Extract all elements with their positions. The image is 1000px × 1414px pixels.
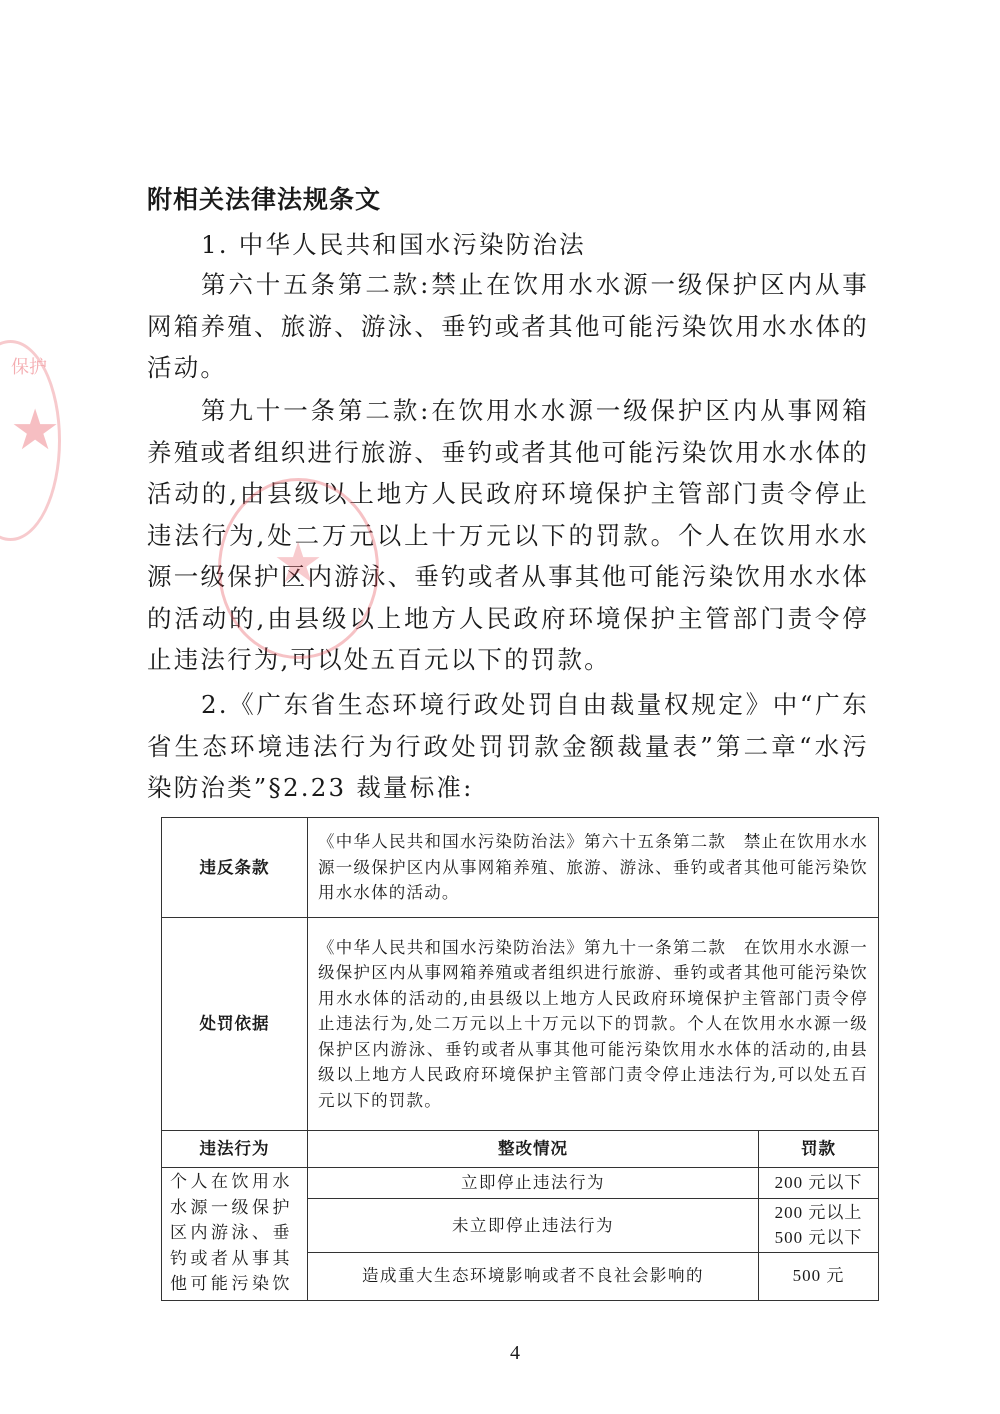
article-65-paragraph: 第六十五条第二款:禁止在饮用水水源一级保护区内从事网箱养殖、旅游、游泳、垂钓或者… bbox=[147, 264, 869, 389]
discretion-standard-table: 违反条款 《中华人民共和国水污染防治法》第六十五条第二款 禁止在饮用水水源一级保… bbox=[161, 817, 879, 1301]
header-act: 违法行为 bbox=[162, 1131, 308, 1168]
guangdong-regulation-paragraph: 2.《广东省生态环境行政处罚自由裁量权规定》中“广东省生态环境违法行为行政处罚罚… bbox=[147, 684, 869, 809]
penalty-basis-label: 处罚依据 bbox=[162, 918, 308, 1131]
table-row-violation-clause: 违反条款 《中华人民共和国水污染防治法》第六十五条第二款 禁止在饮用水水源一级保… bbox=[162, 818, 879, 918]
article-91-paragraph: 第九十一条第二款:在饮用水水源一级保护区内从事网箱养殖或者组织进行旅游、垂钓或者… bbox=[147, 390, 869, 681]
table-row-penalty-basis: 处罚依据 《中华人民共和国水污染防治法》第九十一条第二款 在饮用水水源一级保护区… bbox=[162, 918, 879, 1131]
star-icon: ★ bbox=[10, 398, 60, 463]
fine-line-1: 200 元以上 bbox=[759, 1200, 878, 1226]
fine-cell: 200 元以上 500 元以下 bbox=[759, 1199, 879, 1253]
law-title-1: 1. 中华人民共和国水污染防治法 bbox=[147, 224, 869, 266]
page-heading: 附相关法律法规条文 bbox=[147, 180, 381, 216]
violation-clause-label: 违反条款 bbox=[162, 818, 308, 918]
penalty-basis-text: 《中华人民共和国水污染防治法》第九十一条第二款 在饮用水水源一级保护区内从事网箱… bbox=[308, 918, 879, 1131]
table-header-row: 违法行为 整改情况 罚款 bbox=[162, 1131, 879, 1168]
rectification-cell: 未立即停止违法行为 bbox=[308, 1199, 759, 1253]
document-page: 保护 ★ 附相关法律法规条文 1. 中华人民共和国水污染防治法 第六十五条第二款… bbox=[0, 0, 1000, 1414]
seal-text: 保护 bbox=[11, 353, 47, 379]
act-description: 个人在饮用水水源一级保护区内游泳、垂钓或者从事其他可能污染饮 bbox=[162, 1168, 308, 1301]
fine-line-2: 500 元以下 bbox=[759, 1225, 878, 1251]
rectification-cell: 立即停止违法行为 bbox=[308, 1168, 759, 1199]
rectification-cell: 造成重大生态环境影响或者不良社会影响的 bbox=[308, 1252, 759, 1300]
header-fine: 罚款 bbox=[759, 1131, 879, 1168]
page-number: 4 bbox=[510, 1342, 520, 1365]
fine-cell: 500 元 bbox=[759, 1252, 879, 1300]
fine-cell: 200 元以下 bbox=[759, 1168, 879, 1199]
header-rectification: 整改情况 bbox=[308, 1131, 759, 1168]
table-row: 个人在饮用水水源一级保护区内游泳、垂钓或者从事其他可能污染饮 立即停止违法行为 … bbox=[162, 1168, 879, 1199]
red-seal-stamp-partial: 保护 ★ bbox=[0, 340, 61, 541]
violation-clause-text: 《中华人民共和国水污染防治法》第六十五条第二款 禁止在饮用水水源一级保护区内从事… bbox=[308, 818, 879, 918]
